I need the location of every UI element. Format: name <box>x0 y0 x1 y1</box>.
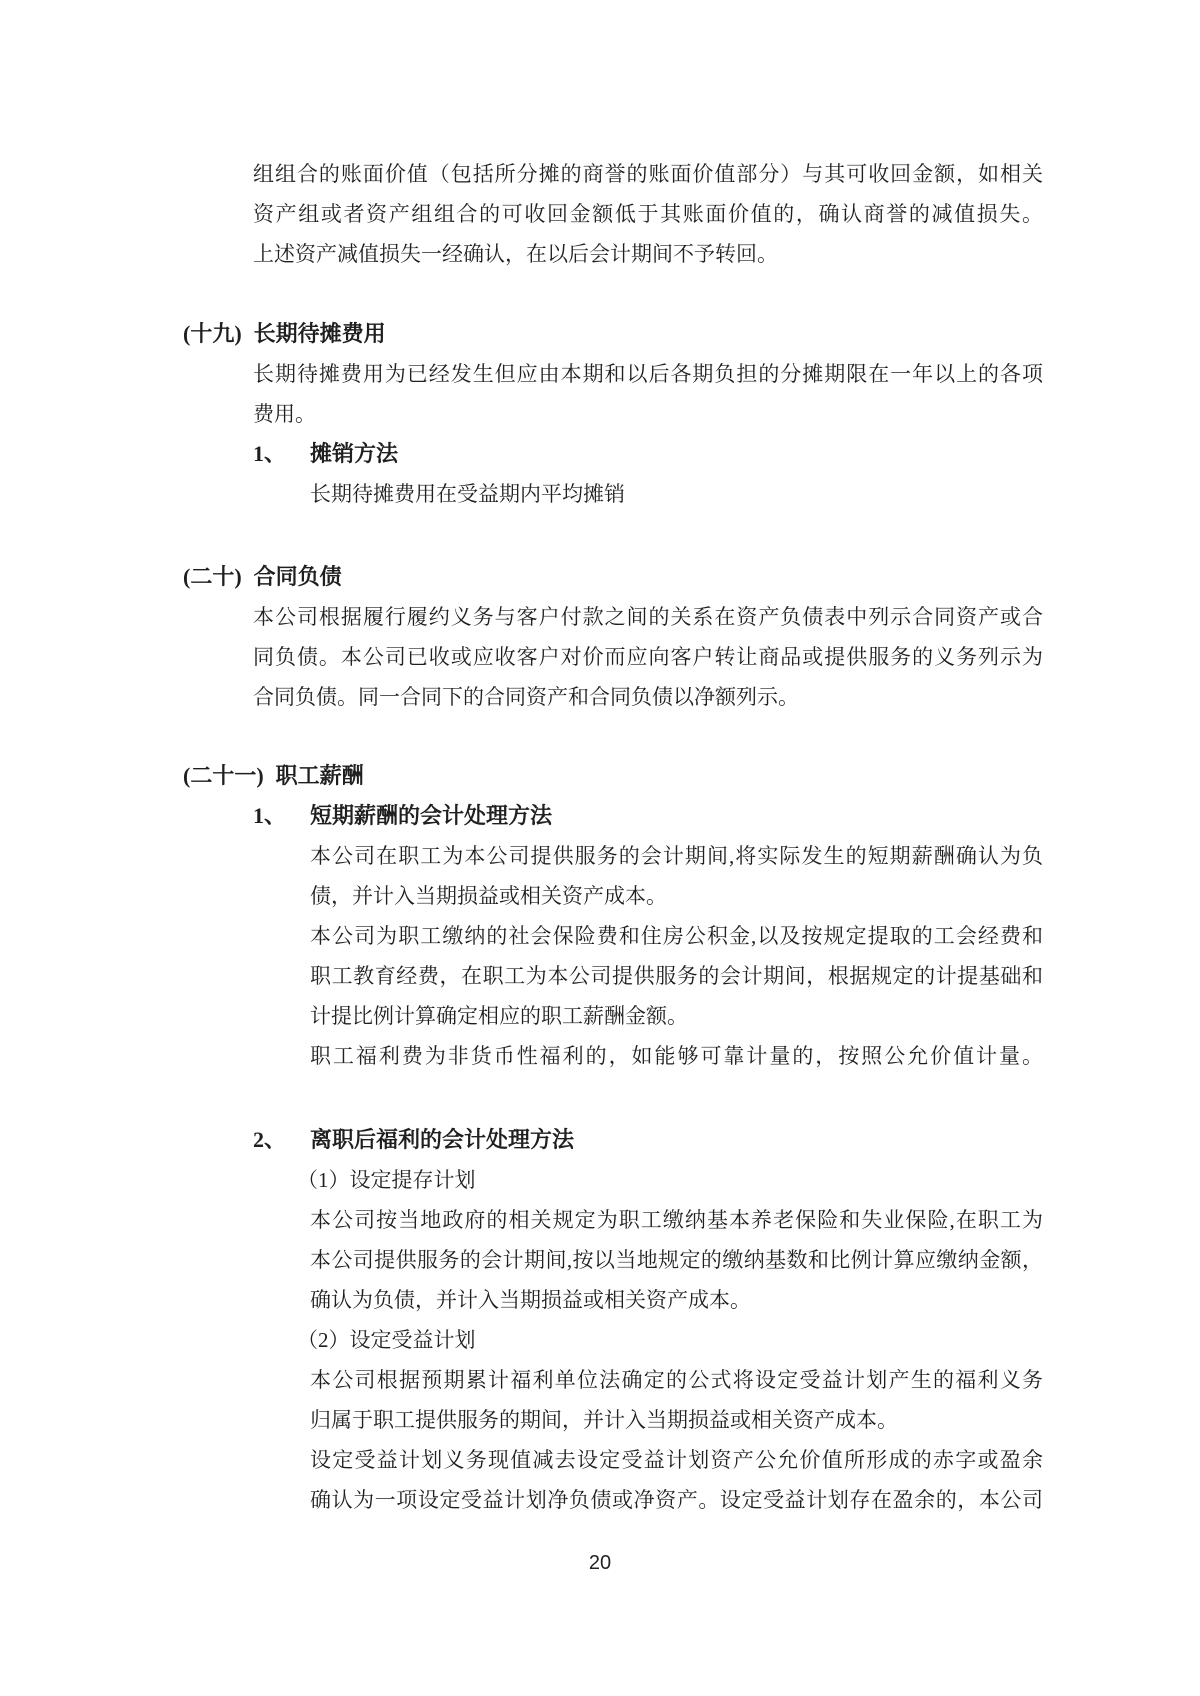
text-line: 资产组或者资产组组合的可收回金额低于其账面价值的，确认商誉的减值损失。 <box>253 194 1043 234</box>
list-item-heading: 1、短期薪酬的会计处理方法 <box>253 796 1200 836</box>
text-line: 设定受益计划义务现值减去设定受益计划资产公允价值所形成的赤字或盈余 <box>310 1440 1043 1480</box>
section-heading: (二十)合同负债 <box>183 557 1200 597</box>
continuation-paragraph: 组组合的账面价值（包括所分摊的商誉的账面价值部分）与其可收回金额，如相关 资产组… <box>253 154 1043 274</box>
list-item-heading: 2、离职后福利的会计处理方法 <box>253 1120 1200 1160</box>
section-21: (二十一)职工薪酬 1、短期薪酬的会计处理方法 本公司在职工为本公司提供服务的会… <box>0 756 1200 1520</box>
item-number: 1、 <box>253 434 310 474</box>
text-line: 职工福利费为非货币性福利的，如能够可靠计量的，按照公允价值计量。 <box>310 1036 1043 1076</box>
text-line: 本公司提供服务的会计期间,按以当地规定的缴纳基数和比例计算应缴纳金额， <box>310 1240 1043 1280</box>
item-title: 离职后福利的会计处理方法 <box>310 1127 574 1152</box>
section-label: (二十) <box>183 564 242 589</box>
section-title: 职工薪酬 <box>276 763 364 788</box>
text-line: 归属于职工提供服务的期间，并计入当期损益或相关资产成本。 <box>310 1400 1043 1440</box>
text-line: 债，并计入当期损益或相关资产成本。 <box>310 876 1043 916</box>
list-item-heading: 1、摊销方法 <box>253 434 1200 474</box>
section-label: (十九) <box>183 321 242 346</box>
item-title: 摊销方法 <box>310 441 398 466</box>
page-content: 组组合的账面价值（包括所分摊的商誉的账面价值部分）与其可收回金额，如相关 资产组… <box>0 0 1200 1583</box>
document-page: 组组合的账面价值（包括所分摊的商誉的账面价值部分）与其可收回金额，如相关 资产组… <box>0 0 1200 1696</box>
page-number: 20 <box>0 1543 1200 1583</box>
section-20: (二十)合同负债 本公司根据履行履约义务与客户付款之间的关系在资产负债表中列示合… <box>0 557 1200 717</box>
item-title: 短期薪酬的会计处理方法 <box>310 803 552 828</box>
section-intro: 长期待摊费用为已经发生但应由本期和以后各期负担的分摊期限在一年以上的各项 费用。 <box>253 354 1043 434</box>
item-number: 1、 <box>253 796 310 836</box>
text-line: 计提比例计算确定相应的职工薪酬金额。 <box>310 996 1043 1036</box>
item-body: 长期待摊费用在受益期内平均摊销 <box>310 474 1043 514</box>
text-line: 职工教育经费，在职工为本公司提供服务的会计期间，根据规定的计提基础和 <box>310 956 1043 996</box>
text-line: 长期待摊费用在受益期内平均摊销 <box>310 474 1043 514</box>
section-19: (十九)长期待摊费用 长期待摊费用为已经发生但应由本期和以后各期负担的分摊期限在… <box>0 314 1200 514</box>
text-line: 上述资产减值损失一经确认，在以后会计期间不予转回。 <box>253 234 1043 274</box>
text-line: 确认为一项设定受益计划净负债或净资产。设定受益计划存在盈余的，本公司 <box>310 1480 1043 1520</box>
item-body: （1）设定提存计划 本公司按当地政府的相关规定为职工缴纳基本养老保险和失业保险,… <box>310 1160 1043 1520</box>
section-heading: (二十一)职工薪酬 <box>183 756 1200 796</box>
text-line: 本公司为职工缴纳的社会保险费和住房公积金,以及按规定提取的工会经费和 <box>310 916 1043 956</box>
section-label: (二十一) <box>183 763 264 788</box>
text-line: （1）设定提存计划 <box>310 1160 1043 1200</box>
text-line: 合同负债。同一合同下的合同资产和合同负债以净额列示。 <box>253 677 1043 717</box>
section-title: 合同负债 <box>254 564 342 589</box>
text-line: 确认为负债，并计入当期损益或相关资产成本。 <box>310 1280 1043 1320</box>
item-number: 2、 <box>253 1120 310 1160</box>
text-line: 本公司根据预期累计福利单位法确定的公式将设定受益计划产生的福利义务 <box>310 1360 1043 1400</box>
text-line: 费用。 <box>253 394 1043 434</box>
section-intro: 本公司根据履行履约义务与客户付款之间的关系在资产负债表中列示合同资产或合 同负债… <box>253 597 1043 717</box>
text-line: 组组合的账面价值（包括所分摊的商誉的账面价值部分）与其可收回金额，如相关 <box>253 154 1043 194</box>
text-line: 本公司根据履行履约义务与客户付款之间的关系在资产负债表中列示合同资产或合 <box>253 597 1043 637</box>
text-line: （2）设定受益计划 <box>310 1320 1043 1360</box>
text-line: 本公司按当地政府的相关规定为职工缴纳基本养老保险和失业保险,在职工为 <box>310 1200 1043 1240</box>
text-line: 同负债。本公司已收或应收客户对价而应向客户转让商品或提供服务的义务列示为 <box>253 637 1043 677</box>
text-line: 长期待摊费用为已经发生但应由本期和以后各期负担的分摊期限在一年以上的各项 <box>253 354 1043 394</box>
section-title: 长期待摊费用 <box>254 321 386 346</box>
text-line: 本公司在职工为本公司提供服务的会计期间,将实际发生的短期薪酬确认为负 <box>310 836 1043 876</box>
section-heading: (十九)长期待摊费用 <box>183 314 1200 354</box>
item-body: 本公司在职工为本公司提供服务的会计期间,将实际发生的短期薪酬确认为负 债，并计入… <box>310 836 1043 1076</box>
